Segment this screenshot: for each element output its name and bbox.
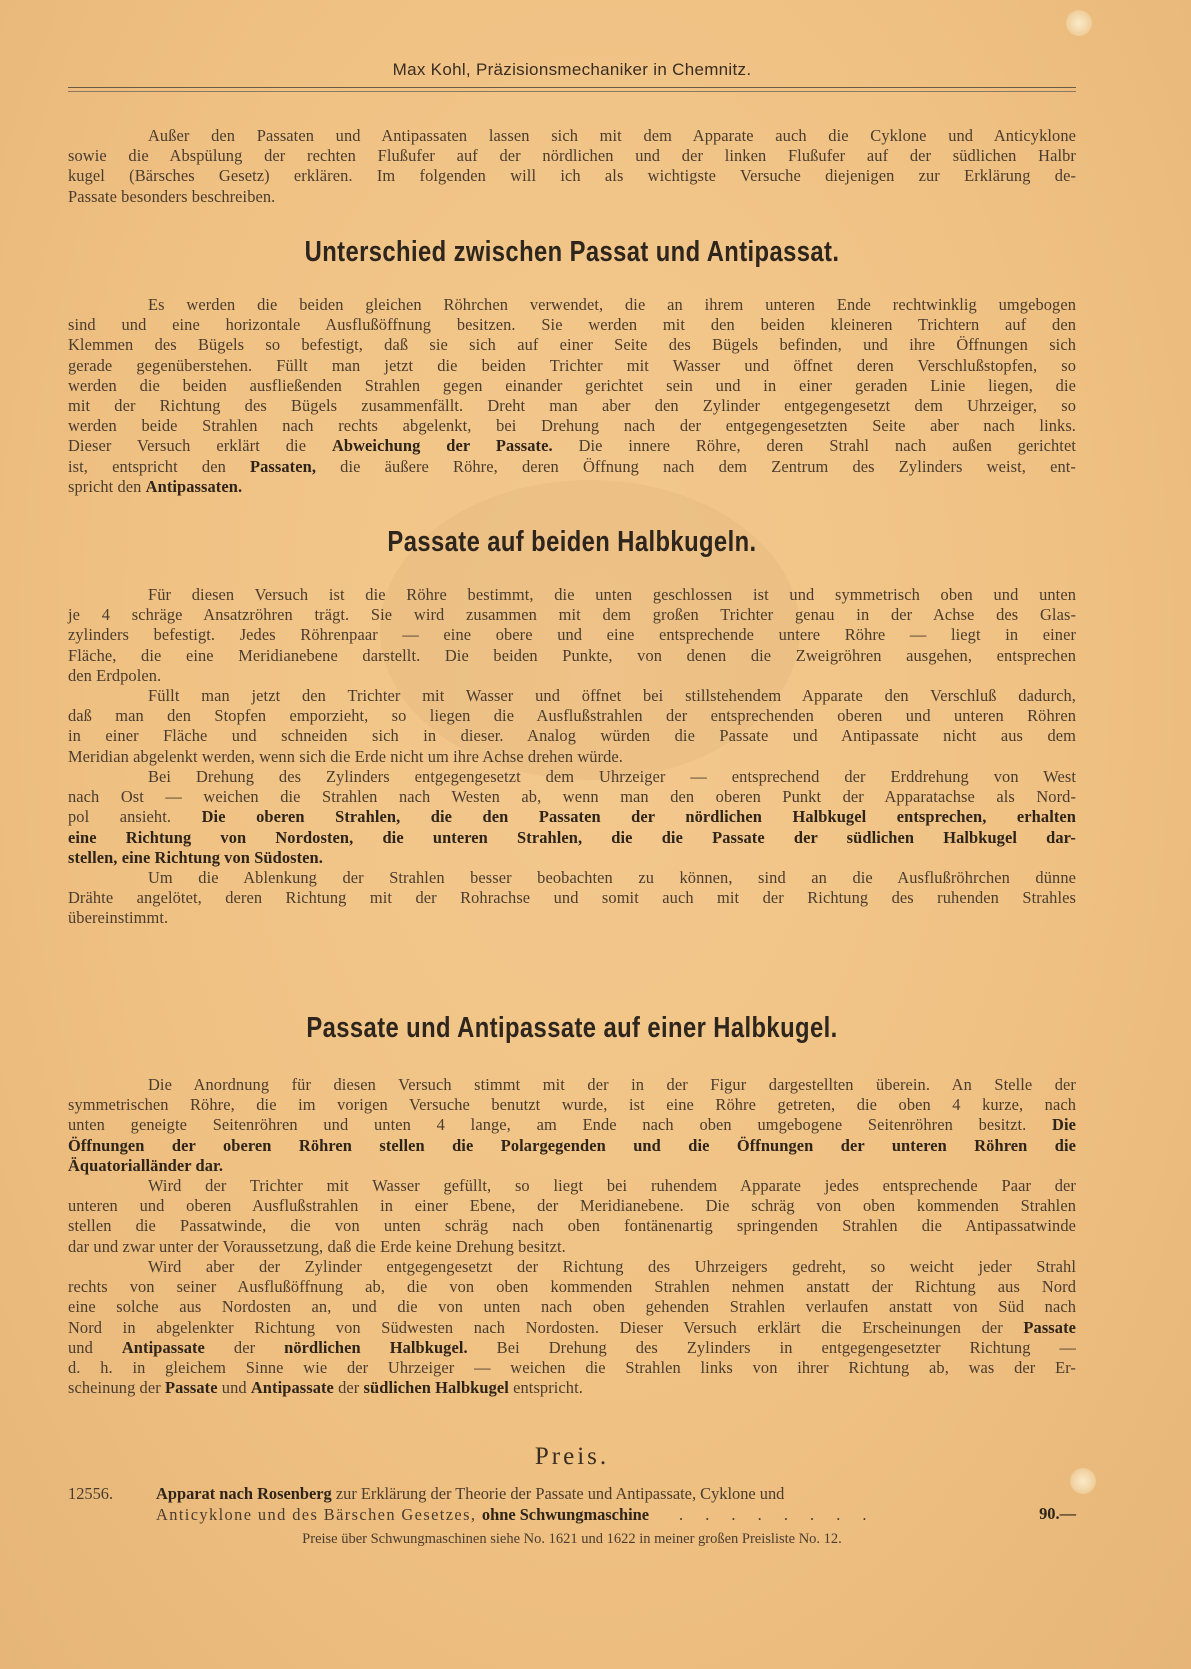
- text-line: eine Richtung von Nordosten, die unteren…: [68, 828, 1076, 848]
- text-run: Anticyklone und des Bärschen Gesetzes,: [156, 1505, 482, 1524]
- text-line: gerade gegenüberstehen. Füllt man jetzt …: [68, 356, 1076, 376]
- text-run: zur Erklärung der Theorie der Passate un…: [332, 1484, 785, 1503]
- text-line: Um die Ablenkung der Strahlen besser beo…: [68, 868, 1076, 888]
- text-line: Passate besonders beschreiben.: [68, 187, 1076, 207]
- text-line: übereinstimmt.: [68, 908, 1076, 928]
- text-line: d. h. in gleichem Sinne wie der Uhrzeige…: [68, 1358, 1076, 1378]
- text-line: stellen, eine Richtung von Südosten.: [68, 848, 1076, 868]
- text-run: ist, entspricht den: [68, 457, 250, 476]
- text-run: scheinung der: [68, 1378, 165, 1397]
- text-run: unten geneigte Seitenröhren und unten 4 …: [68, 1115, 1052, 1134]
- text-line: daß man den Stopfen emporzieht, so liege…: [68, 706, 1076, 726]
- bold-term: Passate: [165, 1378, 218, 1397]
- text-run: Die innere Röhre, deren Strahl nach auße…: [553, 436, 1076, 455]
- bold-term: Abweichung der Passate.: [332, 436, 553, 455]
- text-line: sind und eine horizontale Ausflußöffnung…: [68, 315, 1076, 335]
- text-line: Wird der Trichter mit Wasser gefüllt, so…: [68, 1176, 1076, 1196]
- text-line: unteren und oberen Ausflußstrahlen in ei…: [68, 1196, 1076, 1216]
- bold-term: ohne Schwungmaschine: [482, 1505, 649, 1524]
- text-line: den Erdpolen.: [68, 666, 1076, 686]
- price-footnote: Preise über Schwungmaschinen siehe No. 1…: [68, 1531, 1076, 1548]
- text-line: Klemmen des Bügels so befestigt, daß sie…: [68, 335, 1076, 355]
- text-line: sowie die Abspülung der rechten Flußufer…: [68, 146, 1076, 166]
- section3-paragraph-3: Wird aber der Zylinder entgegengesetzt d…: [68, 1257, 1076, 1398]
- section2-paragraph-2: Füllt man jetzt den Trichter mit Wasser …: [68, 686, 1076, 767]
- punch-hole-top: [1066, 10, 1092, 36]
- bold-statement: Die: [1052, 1115, 1076, 1134]
- text-line: nach Ost — weichen die Strahlen nach Wes…: [68, 787, 1076, 807]
- text-line: Außer den Passaten und Antipassaten lass…: [68, 126, 1076, 146]
- text-line: ist, entspricht den Passaten, die äußere…: [68, 457, 1076, 477]
- text-run: und: [68, 1338, 122, 1357]
- text-run: entspricht.: [509, 1378, 583, 1397]
- bold-term: südlichen Halbkugel: [364, 1378, 509, 1397]
- leader-dots: . . . . . . . .: [679, 1505, 875, 1524]
- text-line: symmetrischen Röhre, die im vorigen Vers…: [68, 1095, 1076, 1115]
- section3-paragraph-1: Die Anordnung für diesen Versuch stimmt …: [68, 1075, 1076, 1176]
- section2-paragraph-4: Um die Ablenkung der Strahlen besser beo…: [68, 868, 1076, 929]
- bold-statement: Die oberen Strahlen, die den Passaten de…: [202, 807, 1076, 826]
- text-line: unten geneigte Seitenröhren und unten 4 …: [68, 1115, 1076, 1135]
- text-line: Öffnungen der oberen Röhren stellen die …: [68, 1136, 1076, 1156]
- text-line: dar und zwar unter der Voraussetzung, da…: [68, 1237, 1076, 1257]
- text-line: Äquatorialländer dar.: [68, 1156, 1076, 1176]
- text-line: Drähte angelötet, deren Richtung mit der…: [68, 888, 1076, 908]
- text-line: Wird aber der Zylinder entgegengesetzt d…: [68, 1257, 1076, 1277]
- text-line: Nord in abgelenkter Richtung von Südwest…: [68, 1318, 1076, 1338]
- text-line: Dieser Versuch erklärt die Abweichung de…: [68, 436, 1076, 456]
- text-run: Nord in abgelenkter Richtung von Südwest…: [68, 1318, 1023, 1337]
- header-rule-secondary: [68, 91, 1076, 92]
- item-number: 12556.: [68, 1484, 113, 1505]
- section2-paragraph-1: Für diesen Versuch ist die Röhre bestimm…: [68, 585, 1076, 686]
- bold-term: nördlichen Halbkugel.: [284, 1338, 468, 1357]
- text-line: spricht den Antipassaten.: [68, 477, 1076, 497]
- text-run: pol ansieht.: [68, 807, 202, 826]
- text-run: spricht den: [68, 477, 146, 496]
- text-line: Apparat nach Rosenberg zur Erklärung der…: [156, 1484, 1076, 1505]
- running-header: Max Kohl, Präzisionsmechaniker in Chemni…: [68, 60, 1076, 80]
- bold-term: Antipassate: [251, 1378, 334, 1397]
- text-line: werden beide Strahlen nach rechts abgele…: [68, 416, 1076, 436]
- text-line: stellen die Passatwinde, die von unten s…: [68, 1216, 1076, 1236]
- text-line: Anticyklone und des Bärschen Gesetzes, o…: [156, 1505, 1076, 1526]
- text-line: mit der Richtung des Bügels zusammenfäll…: [68, 396, 1076, 416]
- text-line: Bei Drehung des Zylinders entgegengesetz…: [68, 767, 1076, 787]
- text-line: je 4 schräge Ansatzröhren trägt. Sie wir…: [68, 605, 1076, 625]
- text-run: Dieser Versuch erklärt die: [68, 436, 332, 455]
- text-run: der: [205, 1338, 284, 1357]
- text-line: Die Anordnung für diesen Versuch stimmt …: [68, 1075, 1076, 1095]
- bold-statement: Äquatorialländer dar.: [68, 1156, 223, 1175]
- section-heading-einer-halbkugel: Passate und Antipassate auf einer Halbku…: [159, 1012, 986, 1045]
- text-line: werden die beiden ausfließenden Strahlen…: [68, 376, 1076, 396]
- text-line: scheinung der Passate und Antipassate de…: [68, 1378, 1076, 1398]
- header-rule: [68, 87, 1076, 88]
- text-line: in einer Fläche und schneiden sich in di…: [68, 726, 1076, 746]
- section-heading-passat-antipassat: Unterschied zwischen Passat und Antipass…: [159, 236, 986, 269]
- intro-paragraph: Außer den Passaten und Antipassaten lass…: [68, 126, 1076, 207]
- text-run: Bei Drehung des Zylinders in entgegenges…: [468, 1338, 1076, 1357]
- text-line: Es werden die beiden gleichen Röhrchen v…: [68, 295, 1076, 315]
- text-run: und: [218, 1378, 251, 1397]
- section2-paragraph-3: Bei Drehung des Zylinders entgegengesetz…: [68, 767, 1076, 868]
- price-heading: Preis.: [68, 1443, 1076, 1471]
- item-description: Apparat nach Rosenberg zur Erklärung der…: [156, 1484, 1076, 1525]
- bold-term: Passate: [1023, 1318, 1076, 1337]
- section-heading-beide-halbkugeln: Passate auf beiden Halbkugeln.: [159, 526, 986, 559]
- text-run: der: [334, 1378, 364, 1397]
- bold-term: Antipassate: [122, 1338, 205, 1357]
- bold-term: Antipassaten.: [146, 477, 242, 496]
- section3-paragraph-2: Wird der Trichter mit Wasser gefüllt, so…: [68, 1176, 1076, 1257]
- bold-statement: stellen, eine Richtung von Südosten.: [68, 848, 323, 867]
- text-line: kugel (Bärsches Gesetz) erklären. Im fol…: [68, 166, 1076, 186]
- item-price: 90.—: [1039, 1504, 1076, 1525]
- bold-statement: eine Richtung von Nordosten, die unteren…: [68, 828, 1076, 847]
- text-line: eine solche aus Nordosten an, und die vo…: [68, 1297, 1076, 1317]
- text-line: zylinders befestigt. Jedes Röhrenpaar — …: [68, 625, 1076, 645]
- section1-paragraph: Es werden die beiden gleichen Röhrchen v…: [68, 295, 1076, 497]
- text-line: rechts von seiner Ausflußöffnung ab, die…: [68, 1277, 1076, 1297]
- text-line: Meridian abgelenkt werden, wenn sich die…: [68, 747, 1076, 767]
- bold-term: Passaten,: [250, 457, 316, 476]
- item-name: Apparat nach Rosenberg: [156, 1484, 332, 1503]
- text-line: Füllt man jetzt den Trichter mit Wasser …: [68, 686, 1076, 706]
- text-line: Für diesen Versuch ist die Röhre bestimm…: [68, 585, 1076, 605]
- text-line: und Antipassate der nördlichen Halbkugel…: [68, 1338, 1076, 1358]
- text-line: Fläche, die eine Meridianebene darstellt…: [68, 646, 1076, 666]
- bold-statement: Öffnungen der oberen Röhren stellen die …: [68, 1136, 1076, 1155]
- text-run: die äußere Röhre, deren Öffnung nach dem…: [316, 457, 1076, 476]
- text-line: pol ansieht. Die oberen Strahlen, die de…: [68, 807, 1076, 827]
